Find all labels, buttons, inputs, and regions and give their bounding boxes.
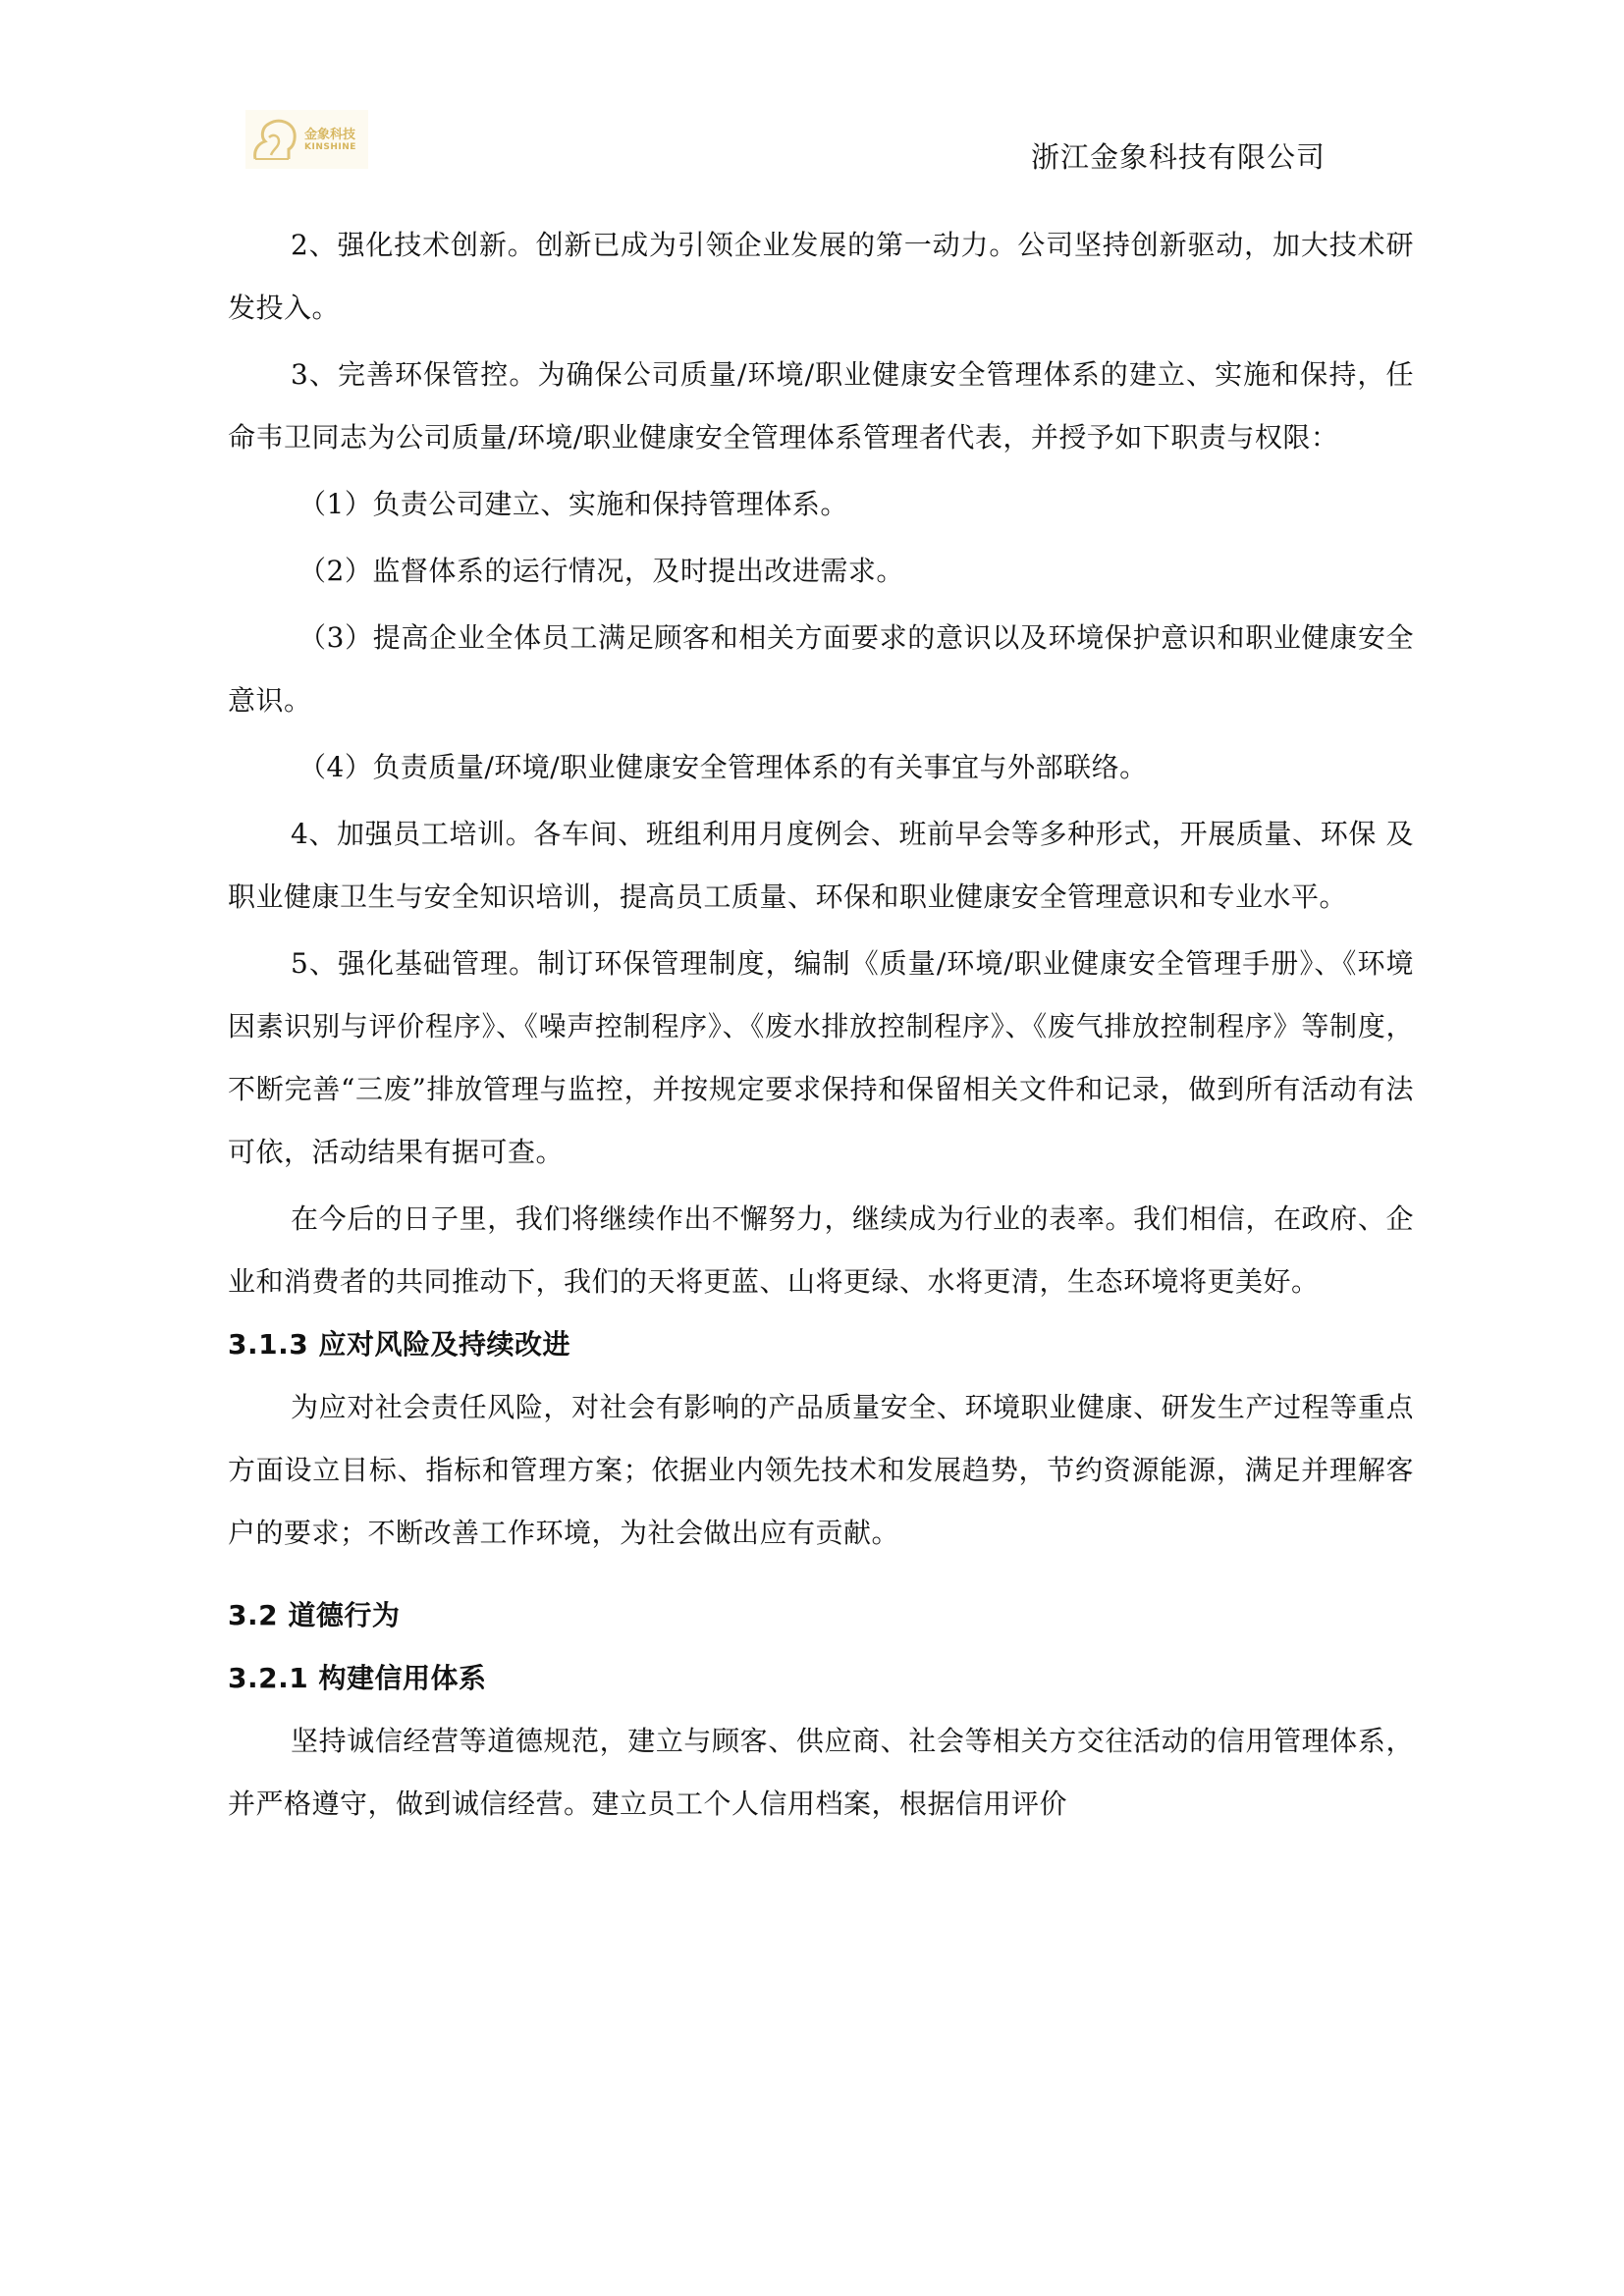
paragraph-risk-response: 为应对社会责任风险，对社会有影响的产品质量安全、环境职业健康、研发生产过程等重点… bbox=[228, 1376, 1414, 1565]
paragraph-basic-management: 5、强化基础管理。制订环保管理制度，编制《质量/环境/职业健康安全管理手册》、《… bbox=[228, 933, 1414, 1184]
list-item-duty-3: （3）提高企业全体员工满足顾客和相关方面要求的意识以及环境保护意识和职业健康安全… bbox=[228, 607, 1414, 732]
logo-text-en: KINSHINE bbox=[304, 142, 356, 152]
heading-3-2-1: 3.2.1 构建信用体系 bbox=[228, 1647, 1414, 1710]
list-item-duty-4: （4）负责质量/环境/职业健康安全管理体系的有关事宜与外部联络。 bbox=[228, 736, 1414, 799]
list-item-duty-1: （1）负责公司建立、实施和保持管理体系。 bbox=[228, 473, 1414, 536]
heading-3-1-3: 3.1.3 应对风险及持续改进 bbox=[228, 1313, 1414, 1376]
list-item-duty-2: （2）监督体系的运行情况，及时提出改进需求。 bbox=[228, 540, 1414, 603]
company-logo: 金象科技 KINSHINE bbox=[245, 110, 368, 169]
page-header: 金象科技 KINSHINE 浙江金象科技有限公司 bbox=[226, 98, 1404, 187]
logo-text-cn: 金象科技 bbox=[304, 124, 355, 142]
document-body: 2、强化技术创新。创新已成为引领企业发展的第一动力。公司坚持创新驱动，加大技术研… bbox=[228, 214, 1414, 1836]
paragraph-credit-system: 坚持诚信经营等道德规范，建立与顾客、供应商、社会等相关方交往活动的信用管理体系，… bbox=[228, 1710, 1414, 1836]
paragraph-env-control: 3、完善环保管控。为确保公司质量/环境/职业健康安全管理体系的建立、实施和保持，… bbox=[228, 344, 1414, 469]
paragraph-tech-innovation: 2、强化技术创新。创新已成为引领企业发展的第一动力。公司坚持创新驱动，加大技术研… bbox=[228, 214, 1414, 340]
paragraph-future-outlook: 在今后的日子里，我们将继续作出不懈努力，继续成为行业的表率。我们相信，在政府、企… bbox=[228, 1188, 1414, 1313]
elephant-logo-icon bbox=[249, 116, 304, 163]
company-name: 浙江金象科技有限公司 bbox=[1031, 135, 1326, 176]
paragraph-staff-training: 4、加强员工培训。各车间、班组利用月度例会、班前早会等多种形式，开展质量、环保 … bbox=[228, 803, 1414, 929]
heading-3-2: 3.2 道德行为 bbox=[228, 1584, 1414, 1647]
